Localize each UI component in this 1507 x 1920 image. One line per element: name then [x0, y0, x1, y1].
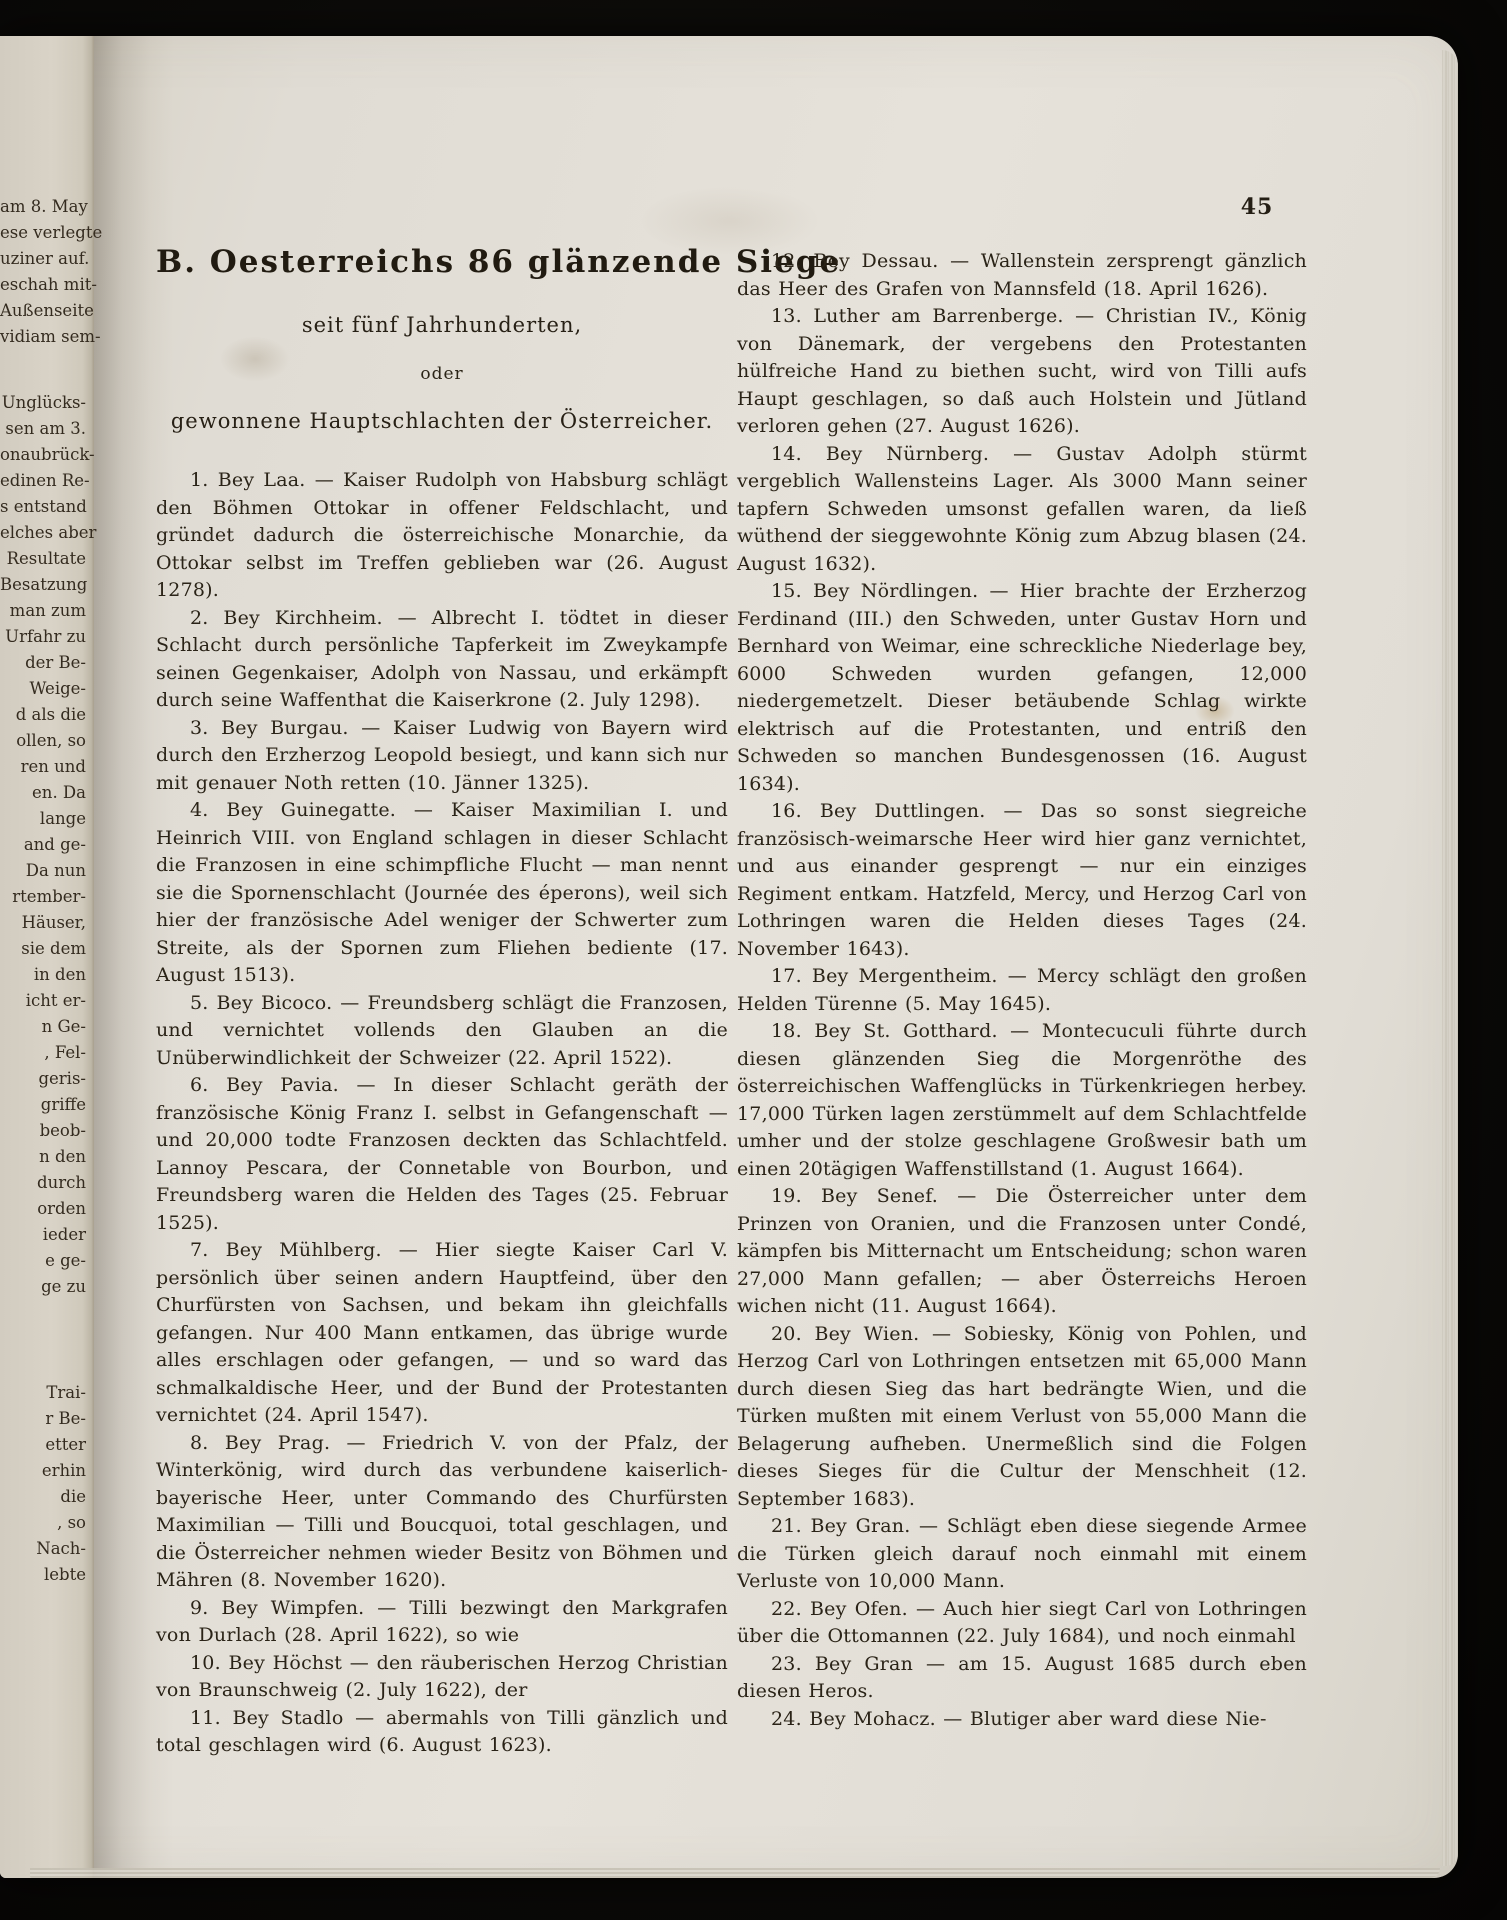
margin-fragment-line: sen am 3. [0, 416, 86, 442]
margin-fragment-line: , Fel- [0, 1040, 86, 1066]
battle-entry: 10. Bey Höchst — den räuberischen Herzog… [156, 1650, 728, 1705]
section-header: B. Oesterreichs 86 glänzende Siege seit … [156, 241, 728, 435]
battle-entry: 15. Bey Nördlingen. — Hier brachte der E… [737, 578, 1307, 798]
margin-fragment-line [0, 350, 86, 390]
margin-fragment-line: etter [0, 1432, 86, 1458]
battle-entry: 17. Bey Mergentheim. — Mercy schlägt den… [737, 963, 1307, 1018]
battle-entry: 14. Bey Nürnberg. — Gustav Adolph stürmt… [737, 441, 1307, 579]
entry-text: Bey Höchst — den räuberischen Herzog Chr… [156, 1652, 728, 1702]
entry-number: 13. [771, 305, 802, 327]
entry-text: Bey Dessau. — Wallenstein zersprengt gän… [737, 250, 1307, 300]
margin-fragment-line: erhin [0, 1458, 86, 1484]
entry-text: Bey Mühlberg. — Hier siegte Kaiser Carl … [156, 1239, 728, 1426]
entry-number: 8. [190, 1432, 209, 1454]
margin-fragment-line: e ge- [0, 1248, 86, 1274]
entry-number: 7. [190, 1239, 209, 1261]
margin-fragment-line: man zum [0, 598, 86, 624]
battle-entry: 3. Bey Burgau. — Kaiser Ludwig von Bayer… [156, 715, 728, 798]
entry-number: 11. [190, 1707, 221, 1729]
entry-text: Bey Senef. — Die Österreicher unter dem … [737, 1185, 1307, 1317]
margin-fragment-line: Urfahr zu [0, 624, 86, 650]
battle-entry: 7. Bey Mühlberg. — Hier siegte Kaiser Ca… [156, 1237, 728, 1430]
margin-fragment-line: orden [0, 1196, 86, 1222]
entry-text: Bey Guinegatte. — Kaiser Maximilian I. u… [156, 799, 728, 986]
entry-number: 21. [771, 1515, 802, 1537]
battle-entry: 21. Bey Gran. — Schlägt eben diese siege… [737, 1513, 1307, 1596]
battle-entry: 13. Luther am Barrenberge. — Christian I… [737, 303, 1307, 441]
battle-entries-right: 12. Bey Dessau. — Wallenstein zersprengt… [737, 248, 1307, 1733]
margin-fragment-line: durch [0, 1170, 86, 1196]
margin-fragment-line: uziner auf. [0, 246, 86, 272]
margin-fragment-line: ollen, so [0, 728, 86, 754]
margin-fragment-line: en. Da [0, 780, 86, 806]
entry-number: 12. [771, 250, 802, 272]
book-page: am 8. May ese verlegte uziner auf. escha… [0, 36, 1458, 1878]
margin-fragment-line: ese verlegte [0, 220, 86, 246]
right-column: 12. Bey Dessau. — Wallenstein zersprengt… [737, 248, 1307, 1733]
margin-fragment-line: Besatzung [0, 572, 86, 598]
section-heading: B. Oesterreichs 86 glänzende Siege [156, 241, 728, 283]
entry-text: Bey Burgau. — Kaiser Ludwig von Bayern w… [156, 717, 728, 794]
entry-number: 19. [771, 1185, 802, 1207]
battle-entry: 22. Bey Ofen. — Auch hier siegt Carl von… [737, 1596, 1307, 1651]
entry-number: 2. [190, 607, 209, 629]
left-column: B. Oesterreichs 86 glänzende Siege seit … [156, 241, 728, 1760]
subtitle-connector: oder [156, 363, 728, 385]
margin-fragment-line: Da nun [0, 858, 86, 884]
entry-text: Bey Wien. — Sobiesky, König von Pohlen, … [737, 1323, 1307, 1510]
page-edge-right [1442, 50, 1458, 1866]
entry-number: 16. [771, 800, 802, 822]
margin-fragment-line: ieder [0, 1222, 86, 1248]
margin-fragment-line: geris- [0, 1066, 86, 1092]
entry-number: 18. [771, 1020, 802, 1042]
battle-entry: 12. Bey Dessau. — Wallenstein zersprengt… [737, 248, 1307, 303]
entry-text: Bey Kirchheim. — Albrecht I. tödtet in d… [156, 607, 728, 712]
entry-text: Bey St. Gotthard. — Montecuculi führte d… [737, 1020, 1307, 1180]
battle-entry: 23. Bey Gran — am 15. August 1685 durch … [737, 1651, 1307, 1706]
entry-number: 24. [771, 1708, 802, 1730]
subtitle-line: seit fünf Jahrhunderten, [156, 311, 728, 339]
battle-entry: 11. Bey Stadlo — abermahls von Tilli gän… [156, 1705, 728, 1760]
margin-fragment-line [0, 1340, 86, 1380]
margin-fragment-line: r Be- [0, 1406, 86, 1432]
margin-fragment-line: vidiam sem- [0, 324, 86, 350]
margin-fragment-line: n Ge- [0, 1014, 86, 1040]
battle-entry: 24. Bey Mohacz. — Blutiger aber ward die… [737, 1706, 1307, 1734]
margin-fragment-line: griffe [0, 1092, 86, 1118]
entry-text: Luther am Barrenberge. — Christian IV., … [737, 305, 1307, 437]
margin-fragment-line: rtember- [0, 884, 86, 910]
page-number: 45 [1222, 194, 1292, 220]
entry-number: 9. [190, 1597, 209, 1619]
battle-entry: 19. Bey Senef. — Die Österreicher unter … [737, 1183, 1307, 1321]
entry-text: Bey Pavia. — In dieser Schlacht geräth d… [156, 1074, 728, 1234]
battle-entry: 5. Bey Bicoco. — Freundsberg schlägt die… [156, 990, 728, 1073]
entry-number: 20. [771, 1323, 802, 1345]
entry-text: Bey Gran. — Schlägt eben diese siegende … [737, 1515, 1307, 1592]
entry-text: Bey Nürnberg. — Gustav Adolph stürmt ver… [737, 443, 1307, 575]
entry-text: Bey Mergentheim. — Mercy schlägt den gro… [737, 965, 1307, 1015]
battle-entries-left: 1. Bey Laa. — Kaiser Rudolph von Habsbur… [156, 467, 728, 1760]
margin-fragment-line: am 8. May [0, 194, 86, 220]
subtitle-line2: gewonnene Hauptschlachten der Österreich… [156, 407, 728, 435]
margin-fragment-line: Weige- [0, 676, 86, 702]
entry-number: 14. [771, 443, 802, 465]
entry-number: 17. [771, 965, 802, 987]
entry-text: Bey Gran — am 15. August 1685 durch eben… [737, 1653, 1307, 1703]
margin-fragment-line: elches aber [0, 520, 86, 546]
margin-fragment-line: der Be- [0, 650, 86, 676]
entry-text: Bey Bicoco. — Freundsberg schlägt die Fr… [156, 992, 728, 1069]
margin-fragment-line: Resultate [0, 546, 86, 572]
entry-text: Bey Prag. — Friedrich V. von der Pfalz, … [156, 1432, 728, 1592]
entry-text: Bey Wimpfen. — Tilli bezwingt den Markgr… [156, 1597, 728, 1647]
margin-fragment-line: Häuser, [0, 910, 86, 936]
margin-fragment-line: ren und [0, 754, 86, 780]
entry-number: 4. [190, 799, 209, 821]
entry-text: Bey Mohacz. — Blutiger aber ward diese N… [809, 1708, 1266, 1730]
battle-entry: 2. Bey Kirchheim. — Albrecht I. tödtet i… [156, 605, 728, 715]
battle-entry: 8. Bey Prag. — Friedrich V. von der Pfal… [156, 1430, 728, 1595]
margin-fragment-line: onaubrück- [0, 442, 86, 468]
entry-number: 6. [190, 1074, 209, 1096]
margin-fragment-line: and ge- [0, 832, 86, 858]
entry-text: Bey Nördlingen. — Hier brachte der Erzhe… [737, 580, 1307, 795]
margin-fragment-line: icht er- [0, 988, 86, 1014]
battle-entry: 9. Bey Wimpfen. — Tilli bezwingt den Mar… [156, 1595, 728, 1650]
margin-fragment-line: in den [0, 962, 86, 988]
margin-fragments: am 8. May ese verlegte uziner auf. escha… [0, 194, 91, 1588]
margin-fragment-line: die [0, 1484, 86, 1510]
battle-entry: 4. Bey Guinegatte. — Kaiser Maximilian I… [156, 797, 728, 990]
margin-fragment-line: Nach- [0, 1536, 86, 1562]
battle-entry: 6. Bey Pavia. — In dieser Schlacht gerät… [156, 1072, 728, 1237]
entry-number: 5. [190, 992, 209, 1014]
margin-fragment-line: edinen Re- [0, 468, 86, 494]
margin-fragment-line: Außenseite [0, 298, 86, 324]
entry-text: Bey Laa. — Kaiser Rudolph von Habsburg s… [156, 469, 728, 601]
margin-fragment-line: lebte [0, 1562, 86, 1588]
battle-entry: 16. Bey Duttlingen. — Das so sonst siegr… [737, 798, 1307, 963]
margin-fragment-line: , so [0, 1510, 86, 1536]
entry-number: 22. [771, 1598, 802, 1620]
margin-fragment-line: beob- [0, 1118, 86, 1144]
battle-entry: 1. Bey Laa. — Kaiser Rudolph von Habsbur… [156, 467, 728, 605]
page-edge-bottom [30, 1868, 1440, 1878]
entry-number: 15. [771, 580, 802, 602]
margin-fragment-line: n den [0, 1144, 86, 1170]
battle-entry: 20. Bey Wien. — Sobiesky, König von Pohl… [737, 1321, 1307, 1514]
margin-fragment-line: s entstand [0, 494, 86, 520]
margin-fragment-line: eschah mit- [0, 272, 86, 298]
margin-fragment-line: sie dem [0, 936, 86, 962]
margin-fragment-line: ge zu [0, 1274, 86, 1300]
margin-fragment-line [0, 1300, 86, 1340]
entry-number: 23. [771, 1653, 802, 1675]
margin-fragment-line: Trai- [0, 1380, 86, 1406]
entry-number: 3. [190, 717, 209, 739]
entry-number: 10. [190, 1652, 221, 1674]
margin-fragment-line: lange [0, 806, 86, 832]
battle-entry: 18. Bey St. Gotthard. — Montecuculi führ… [737, 1018, 1307, 1183]
entry-text: Bey Ofen. — Auch hier siegt Carl von Lot… [737, 1598, 1307, 1648]
margin-fragment-line: d als die [0, 702, 86, 728]
margin-fragment-line: Unglücks- [0, 390, 86, 416]
entry-text: Bey Duttlingen. — Das so sonst siegreich… [737, 800, 1307, 960]
entry-text: Bey Stadlo — abermahls von Tilli gänzlic… [156, 1707, 728, 1757]
entry-number: 1. [190, 469, 209, 491]
